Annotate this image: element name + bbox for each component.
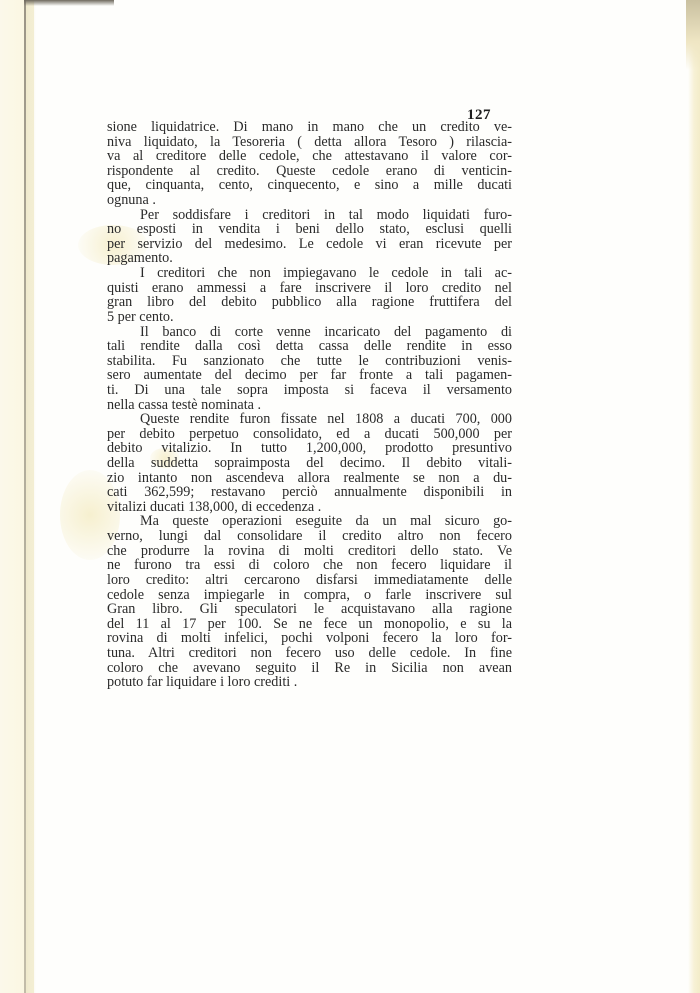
text-line: della suddetta sopraimposta del decimo. … [107, 456, 512, 471]
text-line: rispondente al credito. Queste cedole er… [107, 164, 512, 179]
text-line: que, cinquanta, cento, cinquecento, e si… [107, 178, 512, 193]
binding-fold-line [24, 0, 26, 993]
text-line: sero aumentate del decimo per far fronte… [107, 368, 512, 383]
text-line: del 11 al 17 per 100. Se ne fece un mono… [107, 617, 512, 632]
text-line: zio intanto non ascendeva allora realmen… [107, 471, 512, 486]
text-line: verno, lungi dal consolidare il credito … [107, 529, 512, 544]
text-line: per debito perpetuo consolidato, ed a du… [107, 427, 512, 442]
paragraph: Ma queste operazioni eseguite da un mal … [107, 514, 512, 689]
text-line: quisti erano ammessi a fare inscrivere i… [107, 281, 512, 296]
text-line: tali rendite dalla così detta cassa dell… [107, 339, 512, 354]
text-line: vitalizi ducati 138,000, di eccedenza . [107, 500, 512, 515]
text-line: niva liquidato, la Tesoreria ( detta all… [107, 135, 512, 150]
text-line: Queste rendite furon fissate nel 1808 a … [107, 412, 512, 427]
paragraph: Queste rendite furon fissate nel 1808 a … [107, 412, 512, 514]
text-line: I creditori che non impiegavano le cedol… [107, 266, 512, 281]
text-line: tuna. Altri creditori non fecero uso del… [107, 646, 512, 661]
text-line: che produrre la rovina di molti creditor… [107, 544, 512, 559]
text-line: Il banco di corte venne incaricato del p… [107, 325, 512, 340]
text-line: cedole senza impiegarle in compra, o far… [107, 588, 512, 603]
page-right-corner-wear [686, 0, 700, 70]
text-line: sione liquidatrice. Di mano in mano che … [107, 120, 512, 135]
text-line: Gran libro. Gli speculatori le acquistav… [107, 602, 512, 617]
page-right-edge [688, 0, 700, 993]
text-line: pagamento. [107, 251, 512, 266]
text-line: ne furono tra essi di coloro che non fec… [107, 558, 512, 573]
text-line: debito vitalizio. In tutto 1,200,000, pr… [107, 441, 512, 456]
binding-shadow [26, 0, 36, 993]
text-line: loro credito: altri cercarono disfarsi i… [107, 573, 512, 588]
body-text: sione liquidatrice. Di mano in mano che … [107, 120, 512, 690]
text-line: no esposti in vendita i beni dello stato… [107, 222, 512, 237]
paragraph: Per soddisfare i creditori in tal modo l… [107, 208, 512, 266]
text-line: Per soddisfare i creditori in tal modo l… [107, 208, 512, 223]
text-line: Ma queste operazioni eseguite da un mal … [107, 514, 512, 529]
text-line: va al creditore delle cedole, che attest… [107, 149, 512, 164]
text-line: nella cassa testè nominata . [107, 398, 512, 413]
paragraph: Il banco di corte venne incaricato del p… [107, 325, 512, 413]
top-edge-shadow [24, 0, 114, 6]
text-line: ognuna . [107, 193, 512, 208]
text-line: per servizio del medesimo. Le cedole vi … [107, 237, 512, 252]
text-line: 5 per cento. [107, 310, 512, 325]
text-line: stabilita. Fu sanzionato che tutte le co… [107, 354, 512, 369]
text-line: gran libro del debito pubblico alla ragi… [107, 295, 512, 310]
paragraph: sione liquidatrice. Di mano in mano che … [107, 120, 512, 208]
text-line: coloro che avevano seguito il Re in Sici… [107, 661, 512, 676]
text-line: cati 362,599; restavano perciò annualmen… [107, 485, 512, 500]
text-line: potuto far liquidare i loro crediti . [107, 675, 512, 690]
text-line: rovina di molti infelici, pochi volponi … [107, 631, 512, 646]
scanned-book-page: 127 sione liquidatrice. Di mano in mano … [0, 0, 700, 993]
text-line: ti. Di una tale sopra imposta si faceva … [107, 383, 512, 398]
paragraph: I creditori che non impiegavano le cedol… [107, 266, 512, 324]
